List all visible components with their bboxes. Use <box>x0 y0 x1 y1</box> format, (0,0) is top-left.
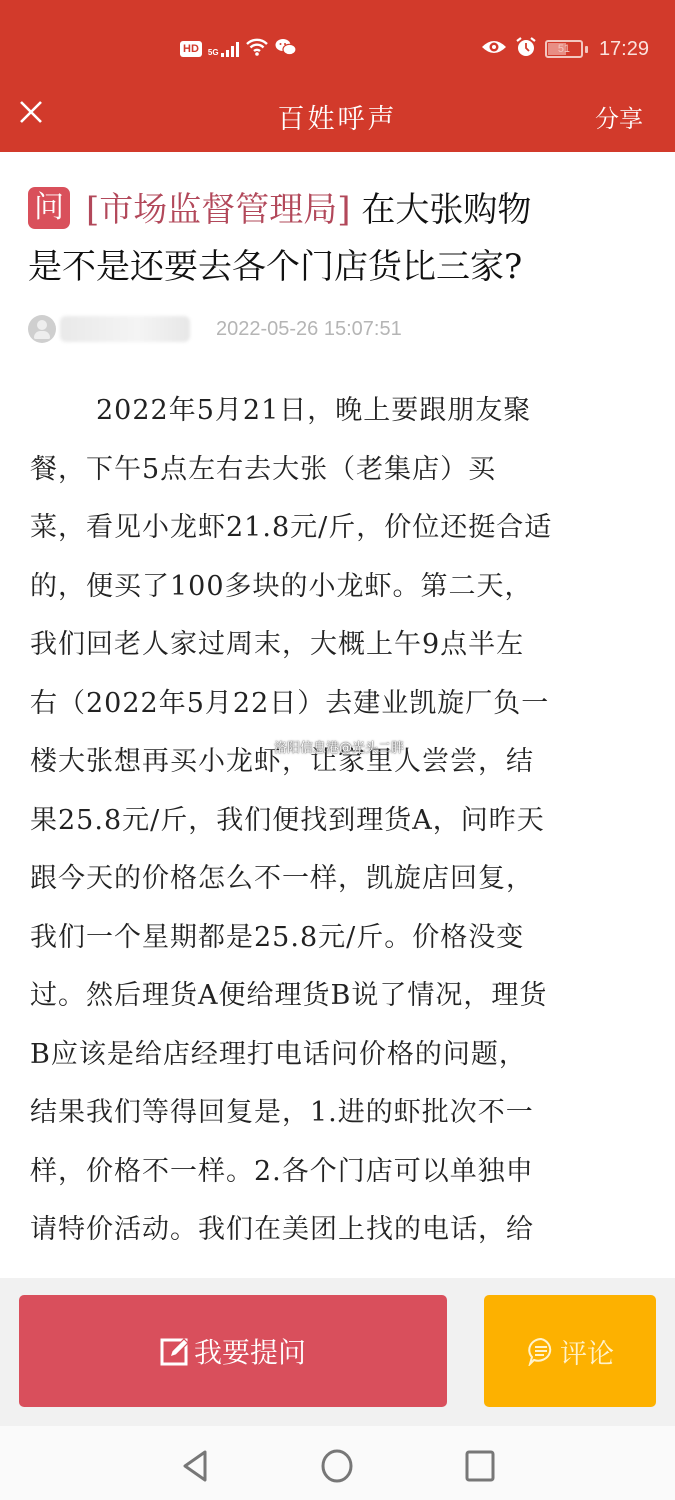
post-meta: 2022-05-26 15:07:51 <box>28 312 402 346</box>
body-line: 请特价活动。我们在美团上找的电话，给 <box>30 1201 645 1260</box>
page-title: 百姓呼声 <box>0 97 675 136</box>
back-icon[interactable] <box>175 1446 215 1486</box>
avatar[interactable] <box>28 315 56 343</box>
body-line: 的，便买了100多块的小龙虾。第二天， <box>30 558 645 617</box>
body-line: 餐，下午5点左右去大张（老集店）买 <box>30 441 645 500</box>
watermark: 洛阳信息港@光头二胖 <box>274 737 404 756</box>
home-icon[interactable] <box>317 1446 357 1486</box>
body-line: 我们回老人家过周末，大概上午9点半左 <box>30 616 645 675</box>
author-name-blurred <box>60 316 190 342</box>
body-line: 过。然后理货A便给理货B说了情况，理货 <box>30 967 645 1026</box>
ask-question-button[interactable]: 我要提问 <box>19 1295 447 1407</box>
hd-icon: HD <box>180 41 202 57</box>
post-content[interactable]: 问[市场监督管理局] 在大张购物 是不是还要去各个门店货比三家? 2022-05… <box>0 152 675 1278</box>
body-line: 果25.8元/斤，我们便找到理货A，问昨天 <box>30 792 645 851</box>
status-bar: HD 5G 51 17:29 <box>0 30 675 70</box>
comment-icon <box>526 1336 556 1366</box>
body-line: 结果我们等得回复是，1.进的虾批次不一 <box>30 1084 645 1143</box>
post-category[interactable]: [市场监督管理局] <box>86 190 351 230</box>
body-line: 我们一个星期都是25.8元/斤。价格没变 <box>30 909 645 968</box>
body-line: 样，价格不一样。2.各个门店可以单独申 <box>30 1143 645 1202</box>
battery-icon: 51 <box>545 40 583 58</box>
5g-signal-icon: 5G <box>208 41 239 57</box>
edit-icon <box>160 1336 190 1366</box>
eye-comfort-icon <box>481 38 507 60</box>
action-bar: 我要提问 评论 <box>0 1278 675 1426</box>
status-time: 17:29 <box>599 38 649 61</box>
wechat-icon <box>275 38 297 60</box>
app-top-bar: HD 5G 51 17:29 百姓呼声 <box>0 0 675 152</box>
post-title: 问[市场监督管理局] 在大张购物 是不是还要去各个门店货比三家? <box>28 182 648 296</box>
system-navigation-bar <box>0 1426 675 1500</box>
body-line: 跟今天的价格怎么不一样，凯旋店回复， <box>30 850 645 909</box>
question-badge: 问 <box>28 187 70 229</box>
body-line: 2022年5月21日，晚上要跟朋友聚 <box>30 382 645 441</box>
body-line: 菜，看见小龙虾21.8元/斤，价位还挺合适 <box>30 499 645 558</box>
alarm-icon <box>515 36 537 62</box>
body-line: 右（2022年5月22日）去建业凯旋厂负一 <box>30 675 645 734</box>
post-timestamp: 2022-05-26 15:07:51 <box>216 318 402 341</box>
wifi-icon <box>245 38 269 60</box>
app-header: 百姓呼声 分享 <box>0 85 675 145</box>
share-button[interactable]: 分享 <box>595 99 643 134</box>
post-body: 2022年5月21日，晚上要跟朋友聚 餐，下午5点左右去大张（老集店）买 菜，看… <box>30 382 645 1260</box>
comment-button[interactable]: 评论 <box>484 1295 656 1407</box>
recents-icon[interactable] <box>460 1446 500 1486</box>
body-line: B应该是给店经理打电话问价格的问题， <box>30 1026 645 1085</box>
